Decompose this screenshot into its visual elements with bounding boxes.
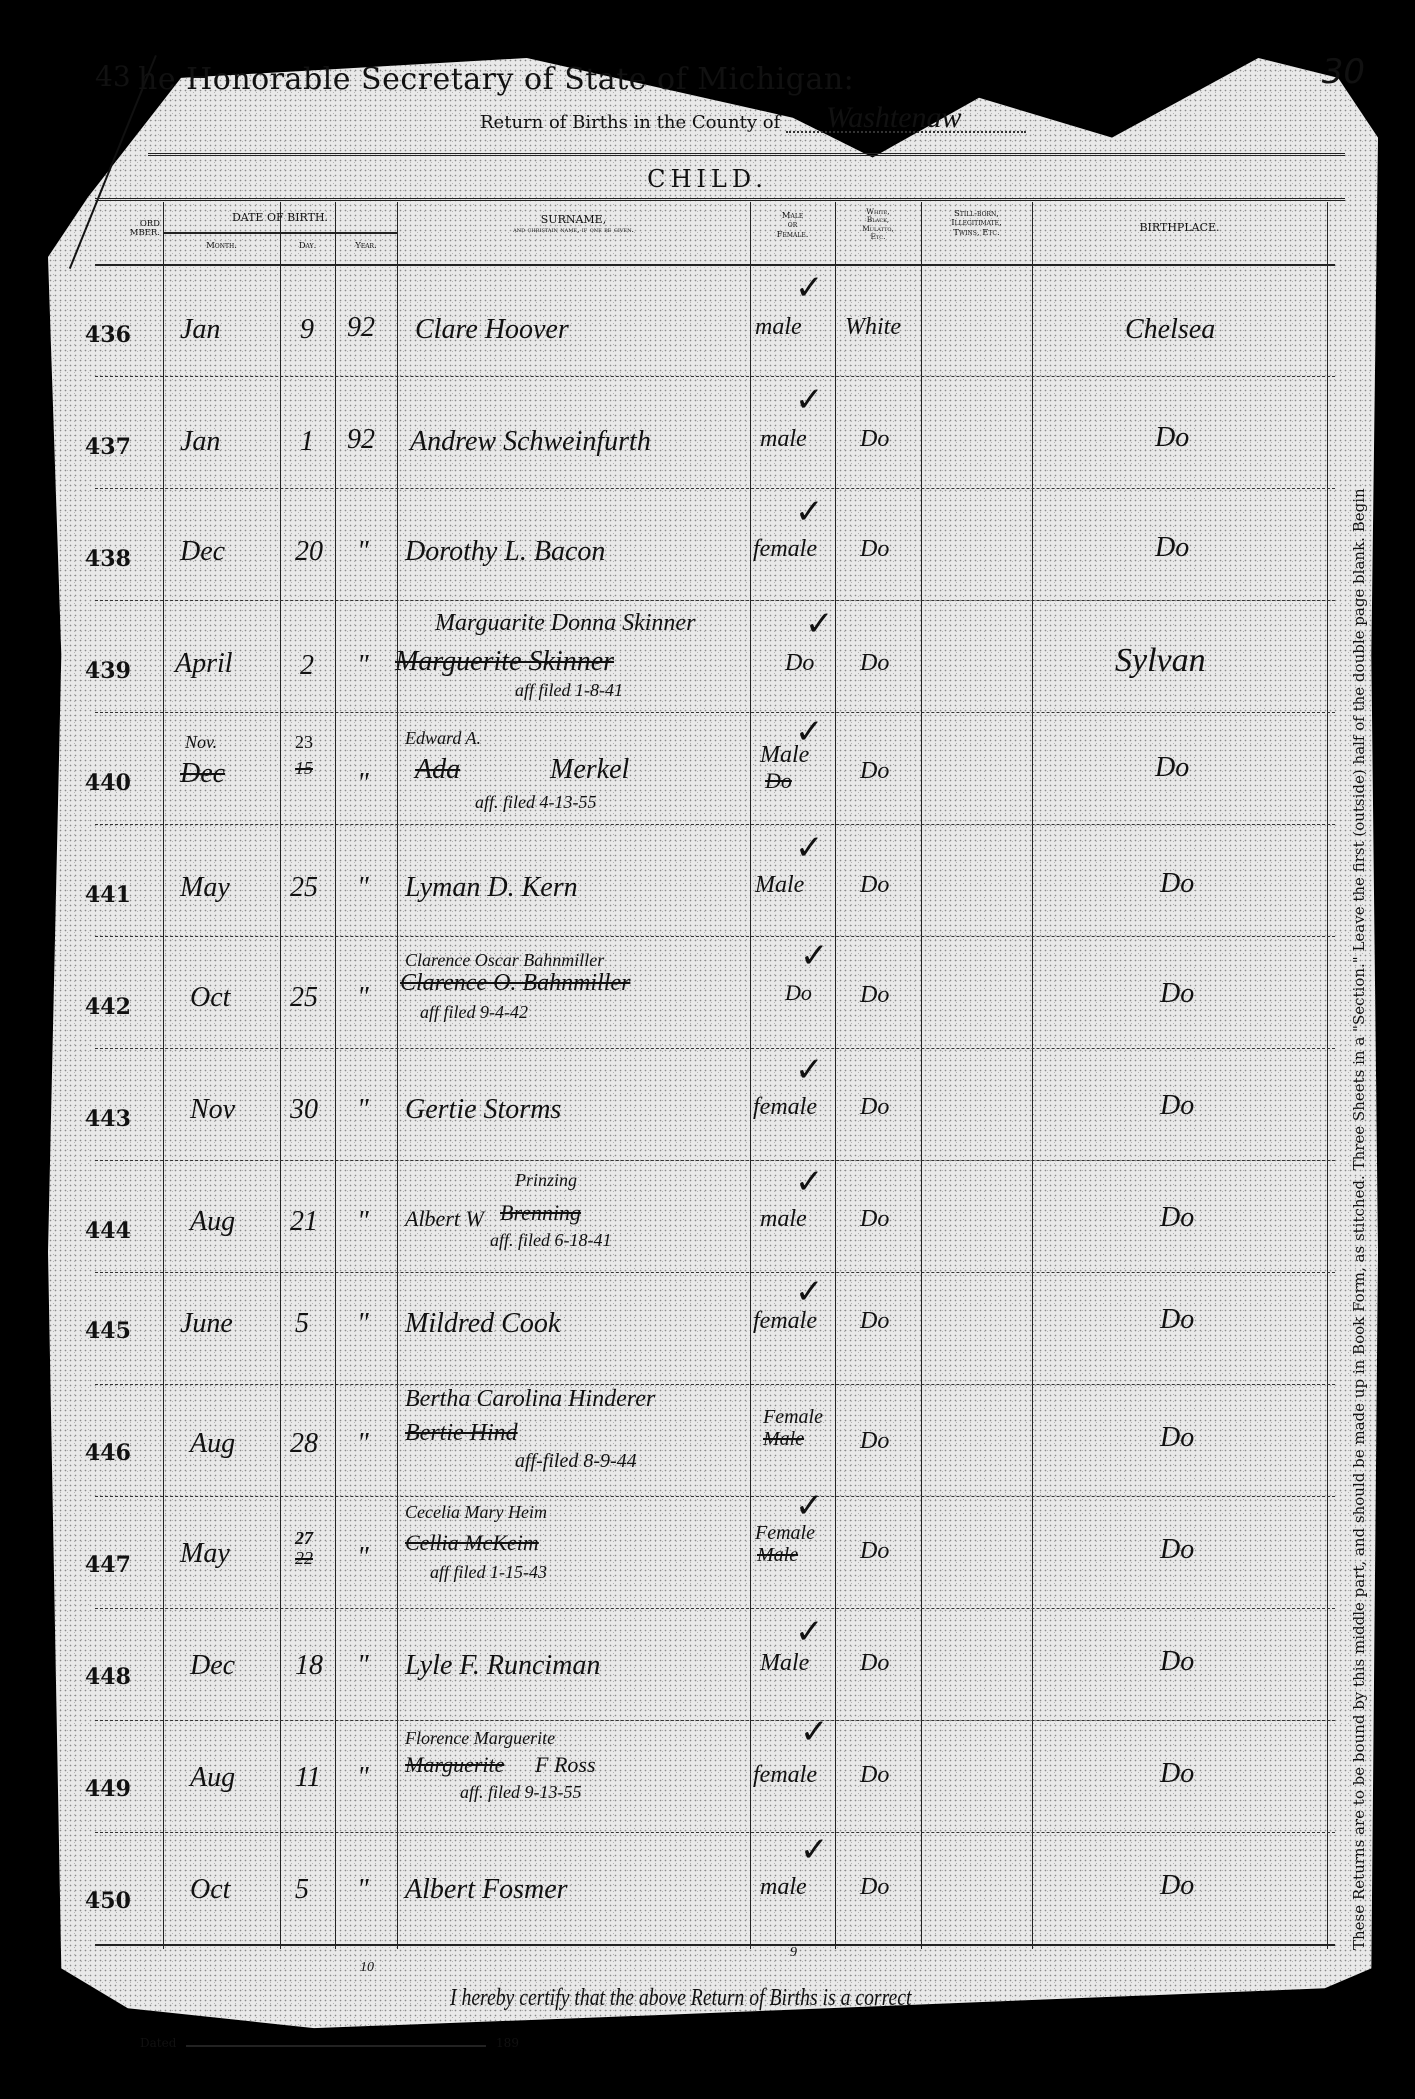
struck-sex: Male [763, 1428, 804, 1451]
birth-month: Aug [190, 1762, 235, 1794]
struck-sex: Male [757, 1544, 798, 1567]
birth-day: 21 [290, 1206, 318, 1238]
child-surname: Merkel [550, 754, 629, 786]
birthplace: Chelsea [1125, 314, 1215, 346]
check-mark-icon: ✓ [795, 1050, 824, 1090]
race: Do [860, 426, 889, 453]
birth-year: " [357, 1542, 369, 1574]
birth-day: 9 [300, 314, 314, 346]
subtitle-text: Return of Births in the County of [480, 112, 780, 133]
birth-month: Nov [190, 1094, 235, 1126]
page-title: he Honorable Secretary of State of Michi… [138, 62, 854, 97]
birthplace: Do [1160, 1758, 1194, 1790]
page-number: 30 [1322, 52, 1365, 92]
check-mark-icon: ✓ [805, 604, 834, 644]
record-number: 441 [85, 882, 131, 908]
check-mark-icon: ✓ [795, 1272, 824, 1312]
corrected-name: Clarence Oscar Bahnmiller [405, 950, 604, 971]
record-number: 438 [85, 546, 131, 572]
birth-day: 28 [290, 1428, 318, 1460]
sex: Do [785, 650, 814, 677]
record-number: 448 [85, 1664, 131, 1690]
child-name: Dorothy L. Bacon [405, 536, 605, 568]
birth-month: April [175, 648, 233, 680]
birth-year: " [357, 872, 369, 904]
birth-month: Aug [190, 1428, 235, 1460]
col-record-number: ORD MBER. [65, 220, 160, 239]
race: Do [860, 536, 889, 563]
birth-year: " [357, 650, 369, 682]
county-field: Washtenaw [786, 113, 1026, 133]
binding-instructions: These Returns are to be bound by this mi… [1350, 230, 1368, 1950]
affidavit-note: aff filed 1-15-43 [430, 1562, 547, 1583]
birth-year: " [357, 1094, 369, 1126]
birth-month: Aug [190, 1206, 235, 1238]
female-tally: 9 [790, 1945, 797, 1961]
birthplace: Do [1160, 868, 1194, 900]
race: Do [860, 1308, 889, 1335]
struck-name: Clarence O. Bahnmiller [400, 970, 630, 997]
sex: female [753, 1762, 817, 1789]
race: Do [860, 1206, 889, 1233]
birth-year: " [357, 1762, 369, 1794]
return-subtitle: Return of Births in the County of Washte… [480, 112, 1026, 133]
birth-day: 5 [295, 1308, 309, 1340]
struck-name: Marguerite [405, 1752, 504, 1778]
affidavit-note: aff filed 9-4-42 [420, 1002, 528, 1023]
struck-day: 15 [295, 758, 313, 779]
affidavit-note: aff filed 1-8-41 [515, 680, 623, 701]
county-value: Washtenaw [826, 101, 962, 135]
race: Do [860, 872, 889, 899]
race: Do [860, 650, 889, 677]
corrected-name: Marguarite Donna Skinner [435, 610, 695, 637]
date-field [186, 2045, 486, 2047]
check-mark-icon: ✓ [795, 268, 824, 308]
birth-month: Oct [190, 1874, 230, 1906]
birth-day: 25 [290, 982, 318, 1014]
sex: male [760, 426, 807, 453]
birth-year: 92 [347, 424, 375, 456]
col-year: Year. [335, 242, 397, 251]
birthplace: Do [1155, 422, 1189, 454]
check-mark-icon: ✓ [795, 492, 824, 532]
col-day: Day. [280, 242, 335, 251]
birthplace: Do [1160, 1870, 1194, 1902]
col-date-of-birth: DATE OF BIRTH. [163, 212, 397, 224]
birth-day: 30 [290, 1094, 318, 1126]
record-number: 439 [85, 658, 131, 684]
sex: Male [760, 1650, 809, 1677]
corrected-name: Bertha Carolina Hinderer [405, 1386, 655, 1413]
record-number: 436 [85, 322, 131, 348]
birthplace: Do [1160, 1202, 1194, 1234]
header-rule-top [148, 153, 1345, 156]
birthplace: Do [1155, 532, 1189, 564]
struck-month: Dec [180, 758, 225, 790]
certification-statement: I hereby certify that the above Return o… [450, 1985, 911, 2012]
child-name: Clare Hoover [415, 314, 569, 346]
record-number: 442 [85, 994, 131, 1020]
sex: male [755, 314, 802, 341]
sex: male [760, 1874, 807, 1901]
record-number: 447 [85, 1552, 131, 1578]
child-name: Lyman D. Kern [405, 872, 578, 904]
birthplace: Do [1160, 1422, 1194, 1454]
birth-day: 23 [295, 732, 313, 753]
child-name: Gertie Storms [405, 1094, 561, 1126]
birth-month: May [180, 1538, 230, 1570]
col-birthplace: BIRTHPLACE. [1032, 222, 1327, 234]
struck-name: Bertie Hind [405, 1420, 518, 1447]
birth-year: " [357, 1428, 369, 1460]
check-mark-icon: ✓ [795, 1162, 824, 1202]
birth-month: Jan [180, 426, 220, 458]
birth-month: Dec [180, 536, 225, 568]
col-condition: Still-born,Illegitimate,Twins, Etc. [921, 210, 1032, 238]
struck-day: 22 [295, 1548, 313, 1569]
birth-year: " [357, 1874, 369, 1906]
child-name: Albert W [405, 1206, 484, 1232]
birth-day: 25 [290, 872, 318, 904]
record-number: 449 [85, 1776, 131, 1802]
sex: Male [755, 872, 804, 899]
birth-year: " [357, 768, 369, 800]
births-table: ORD MBER. DATE OF BIRTH. Month. Day. Yea… [95, 202, 1335, 1949]
birthplace: Do [1160, 1646, 1194, 1678]
check-mark-icon: ✓ [800, 936, 829, 976]
birth-month: May [180, 872, 230, 904]
birth-year: " [357, 982, 369, 1014]
child-name: Albert Fosmer [405, 1874, 568, 1906]
sex: Female [763, 1406, 823, 1429]
affidavit-note: aff. filed 4-13-55 [475, 792, 596, 813]
birth-month: June [180, 1308, 233, 1340]
birth-day: 27 [295, 1528, 313, 1549]
child-name: Mildred Cook [405, 1308, 560, 1340]
race: Do [860, 1538, 889, 1565]
birth-day: 1 [300, 426, 314, 458]
sex: male [760, 1206, 807, 1233]
sex: female [753, 536, 817, 563]
record-number: 443 [85, 1106, 131, 1132]
birthplace: Do [1160, 1304, 1194, 1336]
section-label: CHILD. [0, 165, 1415, 193]
birthplace: Do [1160, 1090, 1194, 1122]
race: Do [860, 982, 889, 1009]
check-mark-icon: ✓ [795, 1486, 824, 1526]
birth-month: Dec [190, 1650, 235, 1682]
birthplace: Do [1160, 978, 1194, 1010]
male-tally: 10 [360, 1960, 374, 1976]
race: White [845, 314, 901, 341]
race: Do [860, 1874, 889, 1901]
check-mark-icon: ✓ [795, 1612, 824, 1652]
race: Do [860, 758, 889, 785]
record-number: 437 [85, 434, 131, 460]
sex: Female [755, 1522, 815, 1545]
child-name: Lyle F. Runciman [405, 1650, 600, 1682]
corrected-surname: Prinzing [515, 1170, 577, 1191]
corrected-name: Cecelia Mary Heim [405, 1502, 547, 1523]
year-prefix: 189 [496, 2036, 519, 2050]
sex: female [753, 1308, 817, 1335]
check-mark-icon: ✓ [795, 828, 824, 868]
col-sex: MaleorFemale. [750, 212, 835, 240]
birth-month: Jan [180, 314, 220, 346]
birth-day: 11 [295, 1762, 321, 1794]
corrected-name: Florence Marguerite [405, 1728, 555, 1749]
struck-name: Cellia McKeim [405, 1530, 539, 1556]
birth-year: " [357, 1206, 369, 1238]
birth-year: " [357, 1308, 369, 1340]
col-race: White,Black,Mulatto,Etc. [835, 208, 921, 241]
struck-sex: Do [765, 768, 792, 794]
record-number: 444 [85, 1218, 131, 1244]
race: Do [860, 1762, 889, 1789]
birth-month: Nov. [185, 732, 217, 753]
record-number: 450 [85, 1888, 131, 1914]
birth-year: " [357, 536, 369, 568]
record-number: 440 [85, 770, 131, 796]
birth-year: " [357, 1650, 369, 1682]
corner-number: 43 [95, 60, 131, 93]
race: Do [860, 1650, 889, 1677]
birth-day: 5 [295, 1874, 309, 1906]
race: Do [860, 1094, 889, 1121]
dated-line: Dated 189 [140, 2036, 519, 2050]
col-month: Month. [163, 242, 280, 251]
struck-surname: Brenning [500, 1200, 581, 1226]
birth-day: 18 [295, 1650, 323, 1682]
dated-label: Dated [140, 2036, 176, 2050]
check-mark-icon: ✓ [795, 380, 824, 420]
struck-name: Marguerite Skinner [395, 646, 614, 678]
struck-name: Ada [415, 754, 460, 786]
child-name: Andrew Schweinfurth [410, 426, 651, 458]
col-surname: SURNAME, and christain name, if one be g… [397, 214, 750, 234]
birthplace: Do [1160, 1534, 1194, 1566]
birth-day: 2 [300, 650, 314, 682]
child-surname: F Ross [535, 1752, 596, 1778]
affidavit-note: aff. filed 9-13-55 [460, 1782, 581, 1803]
birthplace: Sylvan [1115, 642, 1206, 680]
corrected-name: Edward A. [405, 728, 481, 749]
record-number: 445 [85, 1318, 131, 1344]
birthplace: Do [1155, 752, 1189, 784]
affidavit-note: aff-filed 8-9-44 [515, 1450, 637, 1473]
affidavit-note: aff. filed 6-18-41 [490, 1230, 611, 1251]
check-mark-icon: ✓ [800, 1830, 829, 1870]
sex: Male [760, 742, 809, 769]
sex: Do [785, 980, 812, 1006]
record-number: 446 [85, 1440, 131, 1466]
race: Do [860, 1428, 889, 1455]
check-mark-icon: ✓ [800, 1712, 829, 1752]
header-rule-bottom [95, 198, 1345, 201]
sex: female [753, 1094, 817, 1121]
birth-year: 92 [347, 312, 375, 344]
birth-month: Oct [190, 982, 230, 1014]
birth-day: 20 [295, 536, 323, 568]
